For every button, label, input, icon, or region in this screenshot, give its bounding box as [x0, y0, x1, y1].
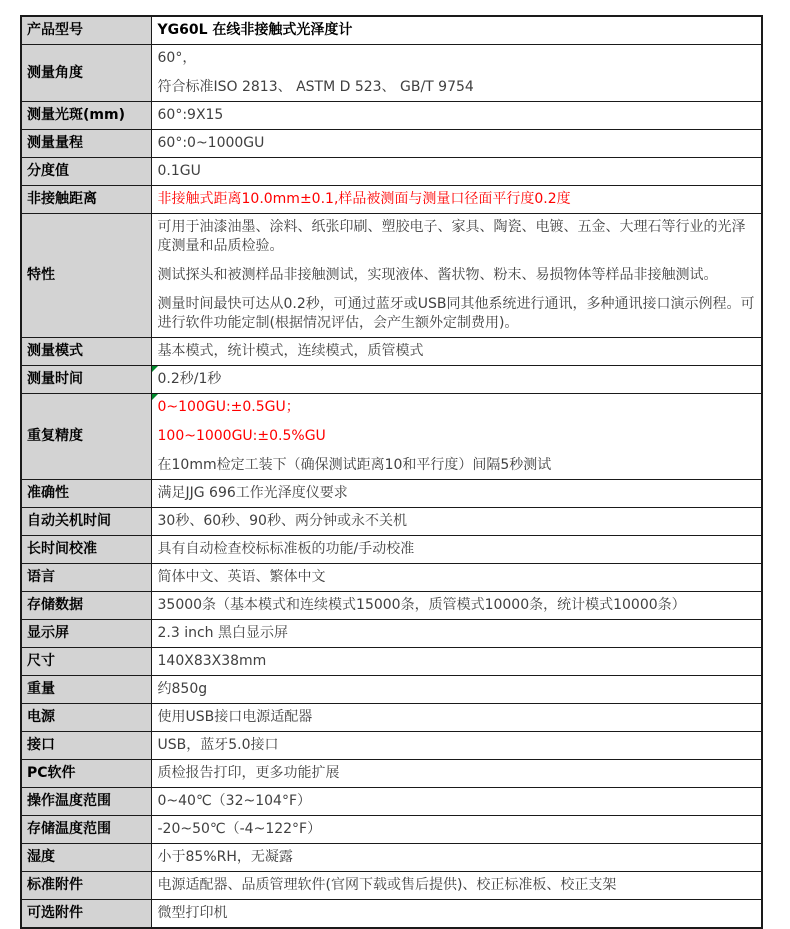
spec-row: 尺寸140X83X38mm — [21, 648, 762, 676]
spec-row: 操作温度范围0~40℃（32~104°F） — [21, 788, 762, 816]
spec-value-line: -20~50℃（-4~122°F） — [158, 820, 756, 839]
spec-value: 具有自动检查校标标准板的功能/手动校准 — [151, 536, 762, 564]
spec-label: 特性 — [21, 214, 151, 338]
spec-value-line: 60°:9X15 — [158, 106, 756, 125]
spec-row: 自动关机时间30秒、60秒、90秒、两分钟或永不关机 — [21, 508, 762, 536]
spec-label: 重量 — [21, 676, 151, 704]
spec-label: 存储数据 — [21, 592, 151, 620]
spec-value: 2.3 inch 黑白显示屏 — [151, 620, 762, 648]
spec-value-line: 100~1000GU:±0.5%GU — [158, 427, 756, 446]
spec-value: 小于85%RH，无凝露 — [151, 844, 762, 872]
spec-value-line: 具有自动检查校标标准板的功能/手动校准 — [158, 540, 756, 559]
spec-value-line: 质检报告打印，更多功能扩展 — [158, 764, 756, 783]
spec-value: 基本模式，统计模式，连续模式，质管模式 — [151, 338, 762, 366]
spec-value-line: 非接触式距离10.0mm±0.1,样品被测面与测量口径面平行度0.2度 — [158, 190, 756, 209]
spec-label: 接口 — [21, 732, 151, 760]
spec-row: 分度值0.1GU — [21, 158, 762, 186]
spec-label: 可选附件 — [21, 900, 151, 929]
spec-value: 35000条（基本模式和连续模式15000条，质管模式10000条，统计模式10… — [151, 592, 762, 620]
spec-value: 约850g — [151, 676, 762, 704]
spec-value-line: 基本模式，统计模式，连续模式，质管模式 — [158, 342, 756, 361]
cell-corner-marker-icon — [152, 366, 158, 372]
spec-value-line: 2.3 inch 黑白显示屏 — [158, 624, 756, 643]
spec-row: 准确性满足JJG 696工作光泽度仪要求 — [21, 480, 762, 508]
spec-label: 非接触距离 — [21, 186, 151, 214]
cell-corner-marker-icon — [152, 394, 158, 400]
spec-row: 测量角度60°，符合标准ISO 2813、 ASTM D 523、 GB/T 9… — [21, 45, 762, 102]
spec-row: 重量约850g — [21, 676, 762, 704]
spec-label: 产品型号 — [21, 16, 151, 45]
spec-row: 可选附件微型打印机 — [21, 900, 762, 929]
spec-value-line: 可用于油漆油墨、涂料、纸张印刷、塑胶电子、家具、陶瓷、电镀、五金、大理石等行业的… — [158, 218, 756, 256]
spec-value-line: 满足JJG 696工作光泽度仪要求 — [158, 484, 756, 503]
spec-value-line: 0.1GU — [158, 162, 756, 181]
product-spec-table: 产品型号YG60L 在线非接触式光泽度计测量角度60°，符合标准ISO 2813… — [20, 15, 763, 929]
spec-value: 可用于油漆油墨、涂料、纸张印刷、塑胶电子、家具、陶瓷、电镀、五金、大理石等行业的… — [151, 214, 762, 338]
spec-value: 简体中文、英语、繁体中文 — [151, 564, 762, 592]
spec-value-line: 60°， — [158, 49, 756, 68]
spec-value-line: 电源适配器、品质管理软件(官网下载或售后提供)、校正标准板、校正支架 — [158, 876, 756, 895]
spec-value: 30秒、60秒、90秒、两分钟或永不关机 — [151, 508, 762, 536]
spec-value-line: 140X83X38mm — [158, 652, 756, 671]
spec-row: 测量量程60°:0~1000GU — [21, 130, 762, 158]
spec-label: PC软件 — [21, 760, 151, 788]
spec-label: 自动关机时间 — [21, 508, 151, 536]
spec-label: 尺寸 — [21, 648, 151, 676]
spec-value-line: YG60L 在线非接触式光泽度计 — [158, 21, 756, 40]
spec-value-line: 35000条（基本模式和连续模式15000条，质管模式10000条，统计模式10… — [158, 596, 756, 615]
spec-value: 0.2秒/1秒 — [151, 366, 762, 394]
spec-value: 60°:0~1000GU — [151, 130, 762, 158]
spec-label: 湿度 — [21, 844, 151, 872]
spec-label: 操作温度范围 — [21, 788, 151, 816]
spec-value: 满足JJG 696工作光泽度仪要求 — [151, 480, 762, 508]
spec-table-body: 产品型号YG60L 在线非接触式光泽度计测量角度60°，符合标准ISO 2813… — [21, 16, 762, 928]
spec-row: 接口USB，蓝牙5.0接口 — [21, 732, 762, 760]
spec-row: 存储温度范围-20~50℃（-4~122°F） — [21, 816, 762, 844]
spec-value-line: 60°:0~1000GU — [158, 134, 756, 153]
spec-value: YG60L 在线非接触式光泽度计 — [151, 16, 762, 45]
spec-row: 非接触距离非接触式距离10.0mm±0.1,样品被测面与测量口径面平行度0.2度 — [21, 186, 762, 214]
spec-row: 电源使用USB接口电源适配器 — [21, 704, 762, 732]
product-spec-page: 产品型号YG60L 在线非接触式光泽度计测量角度60°，符合标准ISO 2813… — [0, 0, 790, 883]
spec-row: 重复精度0~100GU:±0.5GU；100~1000GU:±0.5%GU在10… — [21, 394, 762, 480]
spec-label: 测量模式 — [21, 338, 151, 366]
spec-label: 电源 — [21, 704, 151, 732]
spec-row: 测量时间0.2秒/1秒 — [21, 366, 762, 394]
spec-value: -20~50℃（-4~122°F） — [151, 816, 762, 844]
spec-row: 特性可用于油漆油墨、涂料、纸张印刷、塑胶电子、家具、陶瓷、电镀、五金、大理石等行… — [21, 214, 762, 338]
spec-value-line: 30秒、60秒、90秒、两分钟或永不关机 — [158, 512, 756, 531]
spec-value-line: 0~100GU:±0.5GU； — [158, 398, 756, 417]
spec-label: 测量角度 — [21, 45, 151, 102]
spec-label: 标准附件 — [21, 872, 151, 900]
spec-value-line: 测量时间最快可达从0.2秒，可通过蓝牙或USB同其他系统进行通讯，多种通讯接口演… — [158, 295, 756, 333]
spec-value: USB，蓝牙5.0接口 — [151, 732, 762, 760]
spec-row: 语言简体中文、英语、繁体中文 — [21, 564, 762, 592]
spec-value-line: 简体中文、英语、繁体中文 — [158, 568, 756, 587]
spec-value: 0.1GU — [151, 158, 762, 186]
spec-value: 使用USB接口电源适配器 — [151, 704, 762, 732]
spec-value: 140X83X38mm — [151, 648, 762, 676]
spec-row: 显示屏2.3 inch 黑白显示屏 — [21, 620, 762, 648]
spec-value: 0~40℃（32~104°F） — [151, 788, 762, 816]
spec-row: PC软件质检报告打印，更多功能扩展 — [21, 760, 762, 788]
spec-label: 测量光斑(mm) — [21, 102, 151, 130]
spec-label: 重复精度 — [21, 394, 151, 480]
spec-value: 电源适配器、品质管理软件(官网下载或售后提供)、校正标准板、校正支架 — [151, 872, 762, 900]
spec-label: 存储温度范围 — [21, 816, 151, 844]
spec-row: 湿度小于85%RH，无凝露 — [21, 844, 762, 872]
spec-label: 测量时间 — [21, 366, 151, 394]
spec-row: 测量模式基本模式，统计模式，连续模式，质管模式 — [21, 338, 762, 366]
spec-row: 长时间校准具有自动检查校标标准板的功能/手动校准 — [21, 536, 762, 564]
spec-value: 0~100GU:±0.5GU；100~1000GU:±0.5%GU在10mm检定… — [151, 394, 762, 480]
spec-value-line: 0~40℃（32~104°F） — [158, 792, 756, 811]
spec-value-line: 测试探头和被测样品非接触测试，实现液体、酱状物、粉末、易损物体等样品非接触测试。 — [158, 266, 756, 285]
spec-label: 准确性 — [21, 480, 151, 508]
spec-label: 长时间校准 — [21, 536, 151, 564]
spec-value: 60°，符合标准ISO 2813、 ASTM D 523、 GB/T 9754 — [151, 45, 762, 102]
spec-label: 测量量程 — [21, 130, 151, 158]
spec-label: 语言 — [21, 564, 151, 592]
spec-row: 测量光斑(mm)60°:9X15 — [21, 102, 762, 130]
spec-value-line: 在10mm检定工装下（确保测试距离10和平行度）间隔5秒测试 — [158, 456, 756, 475]
spec-value-line: USB，蓝牙5.0接口 — [158, 736, 756, 755]
spec-value: 60°:9X15 — [151, 102, 762, 130]
spec-value-line: 小于85%RH，无凝露 — [158, 848, 756, 867]
spec-value-line: 0.2秒/1秒 — [158, 370, 756, 389]
spec-row: 存储数据35000条（基本模式和连续模式15000条，质管模式10000条，统计… — [21, 592, 762, 620]
spec-value-line: 使用USB接口电源适配器 — [158, 708, 756, 727]
spec-row: 标准附件电源适配器、品质管理软件(官网下载或售后提供)、校正标准板、校正支架 — [21, 872, 762, 900]
spec-value-line: 微型打印机 — [158, 904, 756, 923]
spec-value: 微型打印机 — [151, 900, 762, 929]
spec-label: 显示屏 — [21, 620, 151, 648]
spec-value-line: 约850g — [158, 680, 756, 699]
spec-value: 质检报告打印，更多功能扩展 — [151, 760, 762, 788]
spec-value-line: 符合标准ISO 2813、 ASTM D 523、 GB/T 9754 — [158, 78, 756, 97]
spec-value: 非接触式距离10.0mm±0.1,样品被测面与测量口径面平行度0.2度 — [151, 186, 762, 214]
spec-row: 产品型号YG60L 在线非接触式光泽度计 — [21, 16, 762, 45]
spec-label: 分度值 — [21, 158, 151, 186]
